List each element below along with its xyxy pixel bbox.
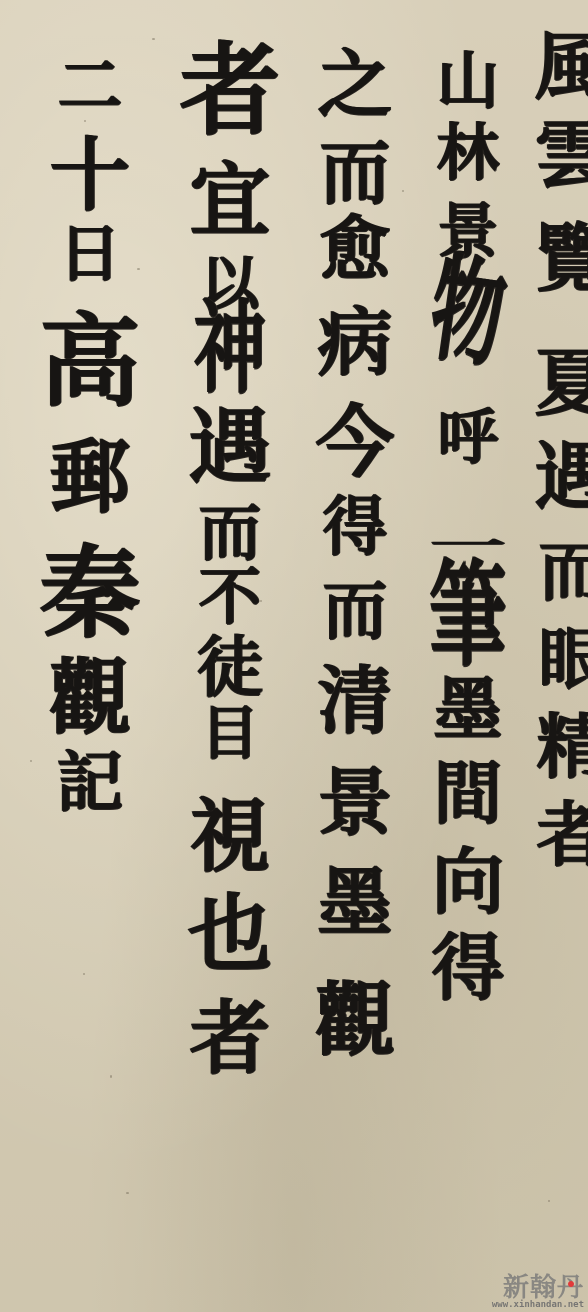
calligraphy-char: 筆 — [430, 559, 506, 673]
calligraphy-char: 向 — [432, 846, 504, 918]
watermark-url: www.xinhandan.net — [492, 1301, 584, 1310]
calligraphy-char: 遇 — [535, 440, 588, 514]
calligraphy-char: 二 — [58, 55, 122, 119]
calligraphy-char: 者 — [190, 998, 270, 1078]
watermark-logo-text: 新翰丹 — [492, 1275, 584, 1301]
calligraphy-char: 而 — [320, 138, 390, 208]
calligraphy-char: 徒 — [197, 634, 263, 700]
calligraphy-char: 記 — [57, 749, 123, 815]
calligraphy-column-2: 山 林 景 物 呼 一 筆 墨 間 向 得 — [430, 50, 506, 1004]
watermark: 新翰丹 www.xinhandan.net — [492, 1275, 584, 1310]
calligraphy-char: 得 — [432, 932, 504, 1004]
calligraphy-column-3: 之 而 愈 病 今 得 而 清 景 墨 觀 — [315, 48, 395, 1060]
calligraphy-char: 者 — [180, 40, 280, 140]
calligraphy-char: 眼 — [539, 626, 588, 692]
calligraphy-char: 觀 — [315, 980, 395, 1060]
calligraphy-char: 也 — [188, 892, 272, 976]
calligraphy-char: 夏 — [535, 346, 588, 420]
calligraphy-char: 山 — [437, 50, 499, 112]
calligraphy-char: 清 — [318, 664, 392, 738]
calligraphy-char: 物 — [424, 250, 511, 374]
calligraphy-char: 而 — [199, 502, 261, 564]
calligraphy-char: 不 — [199, 566, 261, 628]
calligraphy-char: 間 — [434, 760, 502, 828]
calligraphy-char: 神 — [194, 298, 266, 399]
calligraphy-column-1: 風 雲 覽 夏 遇 而 眼 精 者 — [535, 30, 588, 870]
calligraphy-char: 病 — [318, 306, 392, 380]
calligraphy-char: 十 — [50, 135, 130, 215]
calligraphy-char: 者 — [537, 800, 588, 870]
calligraphy-char: 林 — [437, 122, 499, 184]
calligraphy-char: 得 — [323, 496, 387, 560]
calligraphy-char: 今 — [316, 404, 394, 482]
calligraphy-column-5: 二 十 日 高 郵 秦 觀 記 — [40, 55, 140, 815]
calligraphy-char: 愈 — [320, 214, 390, 284]
calligraphy-column-4: 者 宜 以 神 遇 而 不 徒 目 視 也 者 — [180, 40, 280, 1078]
calligraphy-char: 目 — [201, 704, 259, 762]
calligraphy-char: 遇 — [189, 406, 271, 488]
calligraphy-char: 而 — [539, 538, 588, 604]
calligraphy-char: 秦 — [40, 543, 140, 643]
calligraphy-char: 風 — [535, 30, 588, 104]
calligraphy-char: 日 — [59, 223, 121, 285]
calligraphy-char: 宜 — [190, 160, 270, 240]
calligraphy-char: 墨 — [318, 866, 392, 940]
calligraphy-char: 墨 — [434, 676, 502, 744]
calligraphy-char: 精 — [537, 712, 588, 782]
calligraphy-char: 呼 — [438, 408, 498, 468]
calligraphy-char: 視 — [190, 796, 270, 876]
calligraphy-char: 而 — [323, 580, 387, 644]
calligraphy-char: 觀 — [49, 657, 131, 739]
calligraphy-char: 之 — [318, 48, 392, 122]
calligraphy-char: 覽 — [535, 222, 588, 296]
calligraphy-char: 郵 — [50, 437, 130, 517]
watermark-red-dot-icon — [568, 1281, 574, 1287]
calligraphy-char: 雲 — [535, 118, 588, 192]
calligraphy-char: 景 — [318, 766, 392, 840]
calligraphy-char: 高 — [40, 311, 140, 411]
